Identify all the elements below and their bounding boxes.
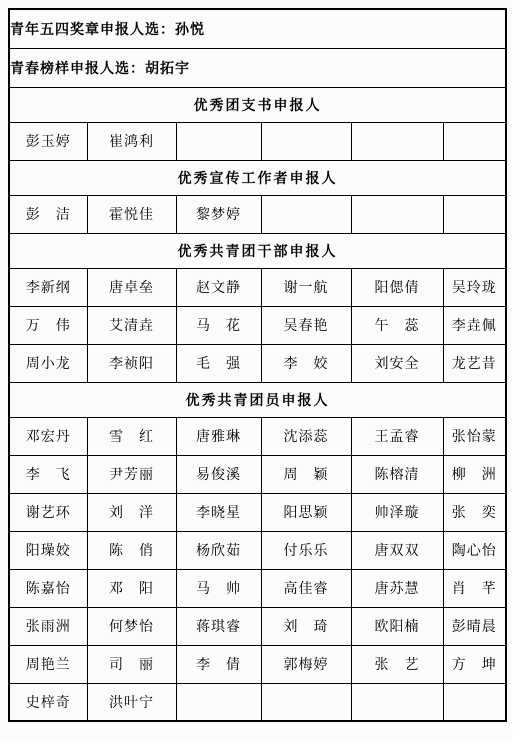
section-header: 优秀宣传工作者申报人 [9, 160, 506, 195]
name-cell: 阳偲倩 [351, 268, 443, 306]
name-cell: 尹芳丽 [87, 455, 176, 493]
table-row: 彭玉婷崔鸿利 [9, 122, 506, 160]
document-page: 青年五四奖章申报人选：孙悦青春榜样申报人选：胡拓宇优秀团支书申报人彭玉婷崔鸿利优… [0, 0, 513, 742]
name-cell: 吴春艳 [261, 306, 351, 344]
name-cell: 帅泽璇 [351, 493, 443, 531]
name-cell: 陶心怡 [443, 531, 506, 569]
name-cell: 陈嘉怡 [9, 569, 87, 607]
name-cell: 何梦怡 [87, 607, 176, 645]
name-cell: 洪叶宁 [87, 683, 176, 721]
name-cell: 柳 洲 [443, 455, 506, 493]
name-cell: 彭晴晨 [443, 607, 506, 645]
name-cell: 李垚佩 [443, 306, 506, 344]
name-cell: 吴玲珑 [443, 268, 506, 306]
name-cell: 付乐乐 [261, 531, 351, 569]
table-row: 周艳兰司 丽李 倩郭梅婷张 艺方 坤 [9, 645, 506, 683]
name-cell: 周小龙 [9, 344, 87, 382]
name-cell: 唐卓垒 [87, 268, 176, 306]
name-cell: 方 坤 [443, 645, 506, 683]
table-row: 优秀共青团干部申报人 [9, 233, 506, 268]
table-row: 万 伟艾清垚马 花吴春艳午 蕊李垚佩 [9, 306, 506, 344]
name-cell: 李 倩 [176, 645, 261, 683]
name-cell: 彭玉婷 [9, 122, 87, 160]
empty-cell [351, 195, 443, 233]
name-cell: 阳思颖 [261, 493, 351, 531]
empty-cell [351, 683, 443, 721]
name-cell: 王孟睿 [351, 417, 443, 455]
name-cell: 刘 洋 [87, 493, 176, 531]
name-cell: 崔鸿利 [87, 122, 176, 160]
name-cell: 刘安全 [351, 344, 443, 382]
name-cell: 李 姣 [261, 344, 351, 382]
name-cell: 史梓奇 [9, 683, 87, 721]
table-row: 优秀宣传工作者申报人 [9, 160, 506, 195]
name-cell: 周 颖 [261, 455, 351, 493]
table-row: 彭 洁霍悦佳黎梦婷 [9, 195, 506, 233]
name-cell: 肖 芊 [443, 569, 506, 607]
name-cell: 陈榕清 [351, 455, 443, 493]
name-cell: 杨欣茹 [176, 531, 261, 569]
name-cell: 张雨洲 [9, 607, 87, 645]
table-row: 邓宏丹雪 红唐雅琳沈添蕊王孟睿张怡蒙 [9, 417, 506, 455]
name-cell: 唐雅琳 [176, 417, 261, 455]
table-row: 优秀团支书申报人 [9, 87, 506, 122]
award-line-2: 青春榜样申报人选：胡拓宇 [9, 48, 506, 87]
name-cell: 霍悦佳 [87, 195, 176, 233]
name-cell: 蒋琪睿 [176, 607, 261, 645]
table-row: 陈嘉怡邓 阳马 帅高佳睿唐苏慧肖 芊 [9, 569, 506, 607]
name-cell: 陈 俏 [87, 531, 176, 569]
name-cell: 李新纲 [9, 268, 87, 306]
name-cell: 谢艺环 [9, 493, 87, 531]
name-cell: 唐双双 [351, 531, 443, 569]
name-cell: 雪 红 [87, 417, 176, 455]
award-line-1: 青年五四奖章申报人选：孙悦 [9, 9, 506, 48]
name-cell: 李 飞 [9, 455, 87, 493]
empty-cell [261, 195, 351, 233]
empty-cell [443, 122, 506, 160]
name-cell: 沈添蕊 [261, 417, 351, 455]
name-cell: 万 伟 [9, 306, 87, 344]
empty-cell [176, 683, 261, 721]
empty-cell [443, 683, 506, 721]
empty-cell [261, 122, 351, 160]
empty-cell [261, 683, 351, 721]
name-cell: 李祯阳 [87, 344, 176, 382]
name-cell: 毛 强 [176, 344, 261, 382]
name-cell: 高佳睿 [261, 569, 351, 607]
table-row: 周小龙李祯阳毛 强李 姣刘安全龙艺昔 [9, 344, 506, 382]
name-cell: 司 丽 [87, 645, 176, 683]
name-cell: 唐苏慧 [351, 569, 443, 607]
name-cell: 龙艺昔 [443, 344, 506, 382]
name-cell: 张怡蒙 [443, 417, 506, 455]
name-cell: 彭 洁 [9, 195, 87, 233]
name-cell: 张 艺 [351, 645, 443, 683]
table-row: 李新纲唐卓垒赵文静谢一航阳偲倩吴玲珑 [9, 268, 506, 306]
name-cell: 易俊溪 [176, 455, 261, 493]
table-row: 青春榜样申报人选：胡拓宇 [9, 48, 506, 87]
name-cell: 黎梦婷 [176, 195, 261, 233]
name-cell: 周艳兰 [9, 645, 87, 683]
name-cell: 午 蕊 [351, 306, 443, 344]
table-row: 李 飞尹芳丽易俊溪周 颖陈榕清柳 洲 [9, 455, 506, 493]
applicant-table: 青年五四奖章申报人选：孙悦青春榜样申报人选：胡拓宇优秀团支书申报人彭玉婷崔鸿利优… [8, 8, 507, 722]
name-cell: 邓宏丹 [9, 417, 87, 455]
empty-cell [443, 195, 506, 233]
table-row: 优秀共青团员申报人 [9, 382, 506, 417]
table-row: 张雨洲何梦怡蒋琪睿刘 琦欧阳楠彭晴晨 [9, 607, 506, 645]
table-row: 谢艺环刘 洋李晓星阳思颖帅泽璇张 奕 [9, 493, 506, 531]
table-row: 史梓奇洪叶宁 [9, 683, 506, 721]
name-cell: 欧阳楠 [351, 607, 443, 645]
name-cell: 张 奕 [443, 493, 506, 531]
section-header: 优秀团支书申报人 [9, 87, 506, 122]
section-header: 优秀共青团干部申报人 [9, 233, 506, 268]
empty-cell [176, 122, 261, 160]
name-cell: 李晓星 [176, 493, 261, 531]
name-cell: 赵文静 [176, 268, 261, 306]
table-row: 青年五四奖章申报人选：孙悦 [9, 9, 506, 48]
name-cell: 刘 琦 [261, 607, 351, 645]
table-row: 阳璪姣陈 俏杨欣茹付乐乐唐双双陶心怡 [9, 531, 506, 569]
name-cell: 谢一航 [261, 268, 351, 306]
name-cell: 马 帅 [176, 569, 261, 607]
name-cell: 郭梅婷 [261, 645, 351, 683]
name-cell: 马 花 [176, 306, 261, 344]
empty-cell [351, 122, 443, 160]
section-header: 优秀共青团员申报人 [9, 382, 506, 417]
name-cell: 邓 阳 [87, 569, 176, 607]
name-cell: 阳璪姣 [9, 531, 87, 569]
name-cell: 艾清垚 [87, 306, 176, 344]
